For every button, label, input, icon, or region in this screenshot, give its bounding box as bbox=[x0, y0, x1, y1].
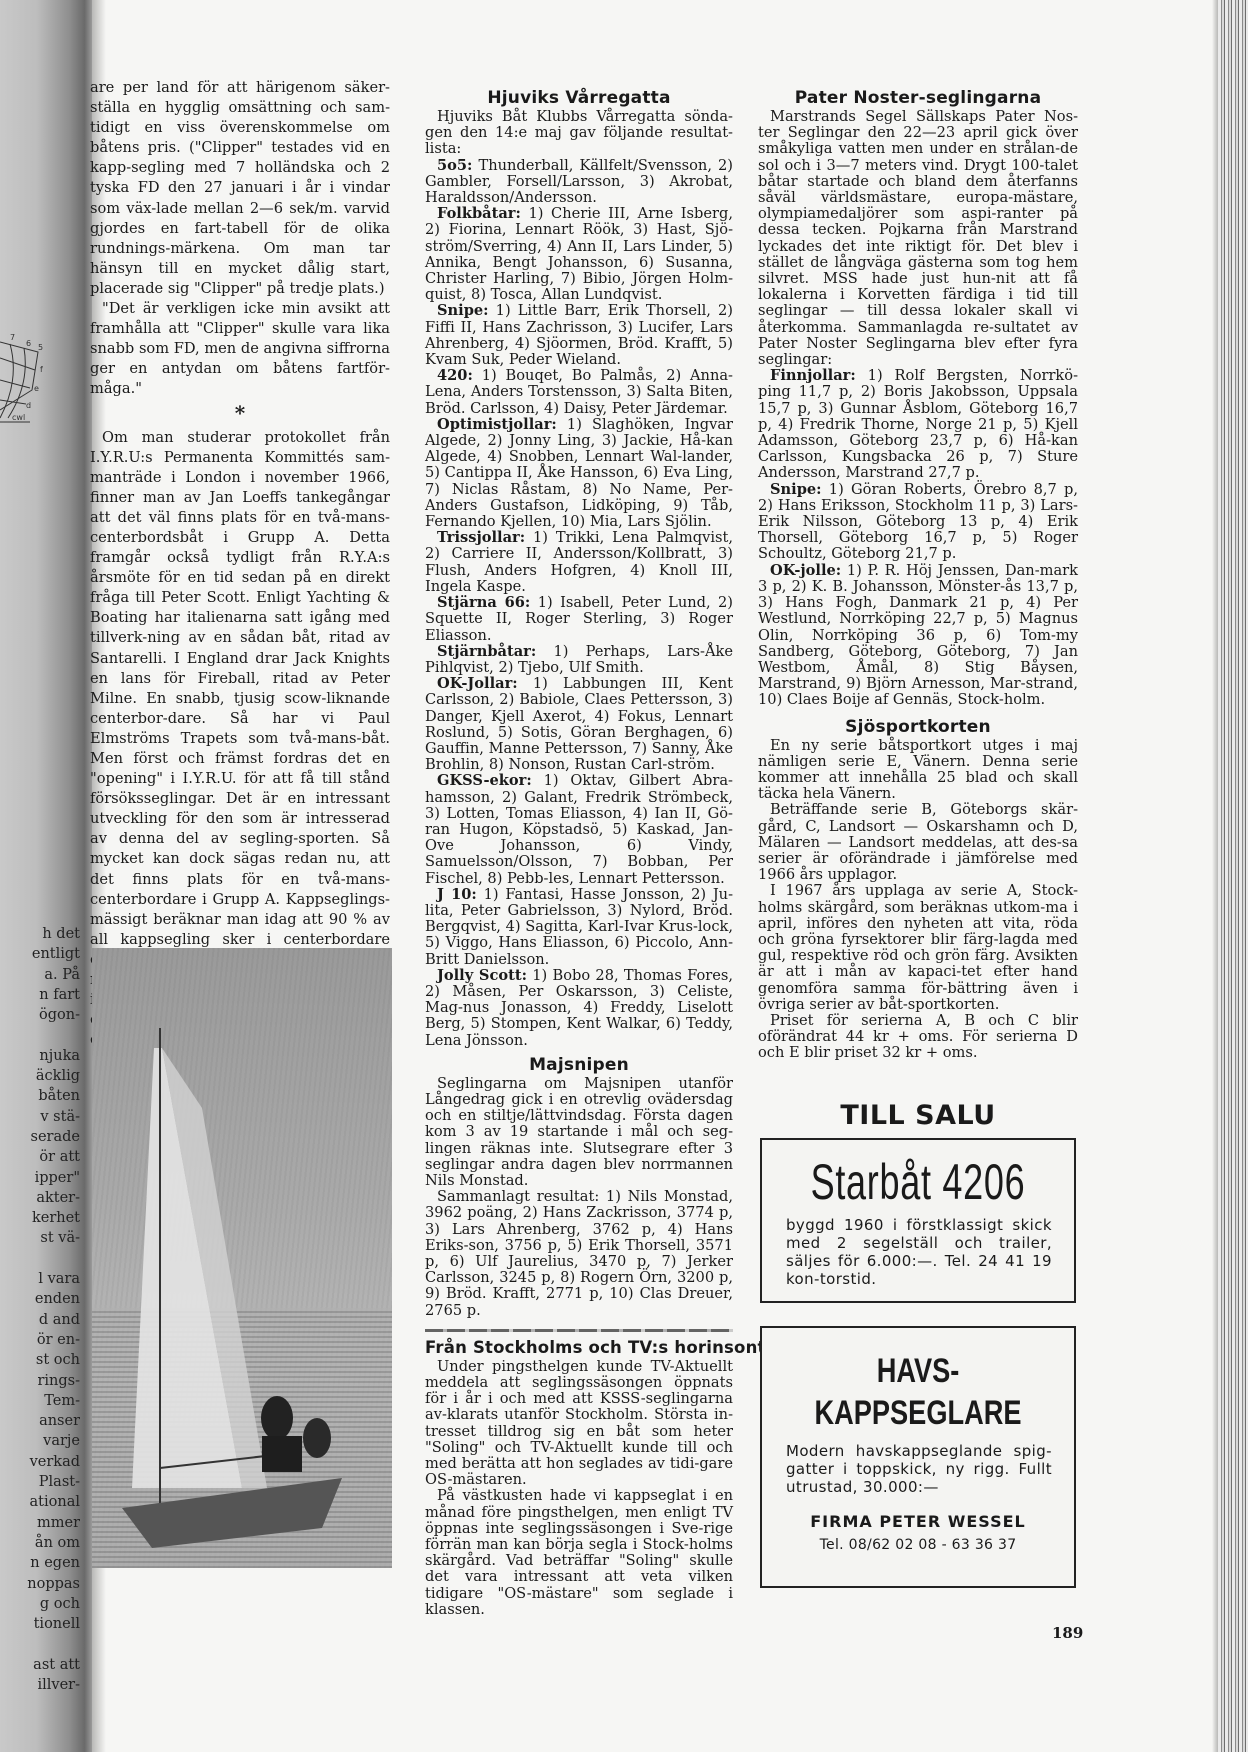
class-result: 420: 1) Bouqet, Bo Palmås, 2) Anna-Lena,… bbox=[425, 368, 733, 417]
diagram-label: e bbox=[34, 384, 39, 393]
class-label: 420: bbox=[437, 367, 473, 384]
section-heading-pater-noster: Pater Noster-seglingarna bbox=[758, 88, 1078, 108]
paragraph: En ny serie båtsportkort utges i maj näm… bbox=[758, 738, 1078, 803]
class-result: Jolly Scott: 1) Bobo 28, Thomas Fores, 2… bbox=[425, 968, 733, 1049]
class-label: GKSS-ekor: bbox=[437, 772, 532, 789]
class-label: J 10: bbox=[437, 886, 477, 903]
class-result: Finnjollar: 1) Rolf Bergsten, Norrkö-pin… bbox=[758, 368, 1078, 481]
ad-firm-name: FIRMA PETER WESSEL bbox=[762, 1512, 1074, 1531]
fragment-line: d and bbox=[0, 1310, 80, 1330]
paragraph: Sammanlagt resultat: 1) Nils Monstad, 39… bbox=[425, 1189, 733, 1319]
paragraph: Priset för serierna A, B och C blir oför… bbox=[758, 1013, 1078, 1062]
class-result: Optimistjollar: 1) Slaghöken, Ingvar Alg… bbox=[425, 417, 733, 530]
section-separator: * bbox=[90, 402, 390, 424]
fragment-line: ational bbox=[0, 1492, 80, 1512]
fragment-line: äcklig bbox=[0, 1066, 80, 1086]
class-result: 5o5: Thunderball, Källfelt/Svensson, 2) … bbox=[425, 158, 733, 207]
fragment-line: illver- bbox=[0, 1675, 80, 1695]
class-result: J 10: 1) Fantasi, Hasse Jonsson, 2) Ju-l… bbox=[425, 887, 733, 968]
class-label: Jolly Scott: bbox=[437, 967, 527, 984]
class-label: Snipe: bbox=[770, 481, 822, 498]
fragment-line: ån om bbox=[0, 1533, 80, 1553]
fragment-line bbox=[0, 1025, 80, 1045]
fragment-line: ör att bbox=[0, 1147, 80, 1167]
fragment-line: v stä- bbox=[0, 1107, 80, 1127]
fragment-line: ögon- bbox=[0, 1005, 80, 1025]
class-label: Trissjollar: bbox=[437, 529, 525, 546]
fragment-line bbox=[0, 1634, 80, 1654]
fragment-line: rings- bbox=[0, 1371, 80, 1391]
results-list: Finnjollar: 1) Rolf Bergsten, Norrkö-pin… bbox=[758, 368, 1078, 708]
diagram-label: 5 bbox=[38, 343, 43, 352]
article-column-2: Hjuviks Vårregatta Hjuviks Båt Klubbs Vå… bbox=[425, 88, 733, 1618]
class-label: Snipe: bbox=[437, 302, 489, 319]
diagram-label: d bbox=[26, 401, 31, 410]
class-result: Snipe: 1) Little Barr, Erik Thorsell, 2)… bbox=[425, 303, 733, 368]
diagram-label: cwl bbox=[12, 413, 25, 422]
paragraph: Hjuviks Båt Klubbs Vårregatta sönda-gen … bbox=[425, 109, 733, 158]
class-result: OK-Jollar: 1) Labbungen III, Kent Carlss… bbox=[425, 676, 733, 773]
class-results-text: Thunderball, Källfelt/Svensson, 2) Gambl… bbox=[425, 157, 733, 206]
fragment-line: enden bbox=[0, 1289, 80, 1309]
page-number: 189 bbox=[1052, 1624, 1083, 1642]
fragment-line: kerhet bbox=[0, 1208, 80, 1228]
section-heading-stockholm: Från Stockholms och TV:s horinsont bbox=[425, 1338, 733, 1358]
paragraph: På västkusten hade vi kappseglat i en må… bbox=[425, 1488, 733, 1618]
class-result: GKSS-ekor: 1) Oktav, Gilbert Abra-hamsso… bbox=[425, 773, 733, 886]
paragraph: Marstrands Segel Sällskaps Pater Nos-ter… bbox=[758, 109, 1078, 368]
class-label: OK-jolle: bbox=[770, 562, 841, 579]
class-result: OK-jolle: 1) P. R. Höj Jenssen, Dan-mark… bbox=[758, 563, 1078, 709]
section-heading-majsnipen: Majsnipen bbox=[425, 1055, 733, 1075]
section-heading-sjosportkorten: Sjösportkorten bbox=[758, 717, 1078, 737]
fragment-line: ipper" bbox=[0, 1168, 80, 1188]
fragment-line: ör en- bbox=[0, 1330, 80, 1350]
paragraph: Beträffande serie B, Göteborgs skär-gård… bbox=[758, 802, 1078, 883]
page-edges bbox=[1218, 0, 1248, 1752]
fragment-line: anser bbox=[0, 1411, 80, 1431]
paragraph: are per land för att härigenom säker-stä… bbox=[90, 78, 390, 299]
fragment-line: verkad bbox=[0, 1452, 80, 1472]
paragraph: Under pingsthelgen kunde TV-Aktuellt med… bbox=[425, 1359, 733, 1489]
diagram-label: 6 bbox=[26, 339, 31, 348]
paragraph: Seglingarna om Majsnipen utanför Långedr… bbox=[425, 1076, 733, 1189]
class-label: 5o5: bbox=[437, 157, 472, 174]
ad-phone: Tel. 08/62 02 08 - 63 36 37 bbox=[762, 1537, 1074, 1553]
sailing-photo bbox=[92, 948, 392, 1568]
paragraph: "Det är verkligen icke min avsikt att fr… bbox=[90, 299, 390, 399]
fragment-line: akter- bbox=[0, 1188, 80, 1208]
fragment-line: st och bbox=[0, 1350, 80, 1370]
paragraph: I 1967 års upplaga av serie A, Stock-hol… bbox=[758, 883, 1078, 1013]
previous-page-text-fragment: h detentligta. Pån fartögon-njukaäckligb… bbox=[0, 924, 80, 1695]
fragment-line: mmer bbox=[0, 1513, 80, 1533]
fragment-line: entligt bbox=[0, 944, 80, 964]
class-results-text: 1) Slaghöken, Ingvar Algede, 2) Jonny Li… bbox=[425, 416, 733, 530]
diagram-label: f bbox=[40, 365, 43, 374]
classified-heading: TILL SALU bbox=[758, 1100, 1078, 1131]
fragment-line: l vara bbox=[0, 1269, 80, 1289]
class-label: OK-Jollar: bbox=[437, 675, 518, 692]
ad-title: Starbåt 4206 bbox=[806, 1152, 1031, 1212]
section-heading-hjuviks: Hjuviks Vårregatta bbox=[425, 88, 733, 108]
fragment-line bbox=[0, 1249, 80, 1269]
class-results-text: 1) P. R. Höj Jenssen, Dan-mark 3 p, 2) K… bbox=[758, 562, 1078, 709]
diagram-label: 7 bbox=[10, 333, 15, 342]
ad-title-line2: KAPPSEGLARE bbox=[793, 1392, 1043, 1434]
class-label: Folkbåtar: bbox=[437, 205, 521, 222]
fragment-line: st vä- bbox=[0, 1228, 80, 1248]
class-result: Stjärnbåtar: 1) Perhaps, Lars-Åke Pihlqv… bbox=[425, 644, 733, 676]
fragment-line: båten bbox=[0, 1086, 80, 1106]
article-column-1: are per land för att härigenom säker-stä… bbox=[90, 78, 390, 1050]
fragment-line: noppas bbox=[0, 1574, 80, 1594]
class-label: Optimistjollar: bbox=[437, 416, 557, 433]
class-label: Finnjollar: bbox=[770, 367, 856, 384]
classified-ad-havskappseglare: HAVS- KAPPSEGLARE Modern havskappsegland… bbox=[760, 1326, 1076, 1588]
fragment-line: ast att bbox=[0, 1655, 80, 1675]
class-result: Snipe: 1) Göran Roberts, Örebro 8,7 p, 2… bbox=[758, 482, 1078, 563]
hull-lines-diagram-fragment: 7 6 5 f e d cwl bbox=[0, 300, 62, 430]
fragment-line: Plast- bbox=[0, 1472, 80, 1492]
fragment-line: g och bbox=[0, 1594, 80, 1614]
fragment-line: Tem- bbox=[0, 1391, 80, 1411]
results-list: 5o5: Thunderball, Källfelt/Svensson, 2) … bbox=[425, 158, 733, 1049]
fragment-line: n fart bbox=[0, 985, 80, 1005]
class-result: Stjärna 66: 1) Isabell, Peter Lund, 2) S… bbox=[425, 595, 733, 644]
class-label: Stjärnbåtar: bbox=[437, 643, 536, 660]
fragment-line: njuka bbox=[0, 1046, 80, 1066]
article-column-3: Pater Noster-seglingarna Marstrands Sege… bbox=[758, 88, 1078, 1062]
fragment-line: h det bbox=[0, 924, 80, 944]
class-results-text: 1) Rolf Bergsten, Norrkö-ping 11,7 p, 2)… bbox=[758, 367, 1078, 481]
ad-body: byggd 1960 i förstklassigt skick med 2 s… bbox=[762, 1212, 1074, 1288]
sailboat-illustration bbox=[92, 948, 392, 1568]
ad-title-line1: HAVS- bbox=[793, 1350, 1043, 1392]
section-divider bbox=[425, 1329, 733, 1332]
fragment-line: varje bbox=[0, 1431, 80, 1451]
ad-body: Modern havskappseglande spig-gatter i to… bbox=[762, 1438, 1074, 1496]
class-label: Stjärna 66: bbox=[437, 594, 530, 611]
class-result: Trissjollar: 1) Trikki, Lena Palmqvist, … bbox=[425, 530, 733, 595]
class-result: Folkbåtar: 1) Cherie III, Arne Isberg, 2… bbox=[425, 206, 733, 303]
fragment-line: tionell bbox=[0, 1614, 80, 1634]
class-results-text: 1) Oktav, Gilbert Abra-hamsson, 2) Galan… bbox=[425, 772, 733, 886]
fragment-line: a. På bbox=[0, 965, 80, 985]
fragment-line: serade bbox=[0, 1127, 80, 1147]
fragment-line: n egen bbox=[0, 1553, 80, 1573]
classified-ad-starbat: Starbåt 4206 byggd 1960 i förstklassigt … bbox=[760, 1138, 1076, 1303]
